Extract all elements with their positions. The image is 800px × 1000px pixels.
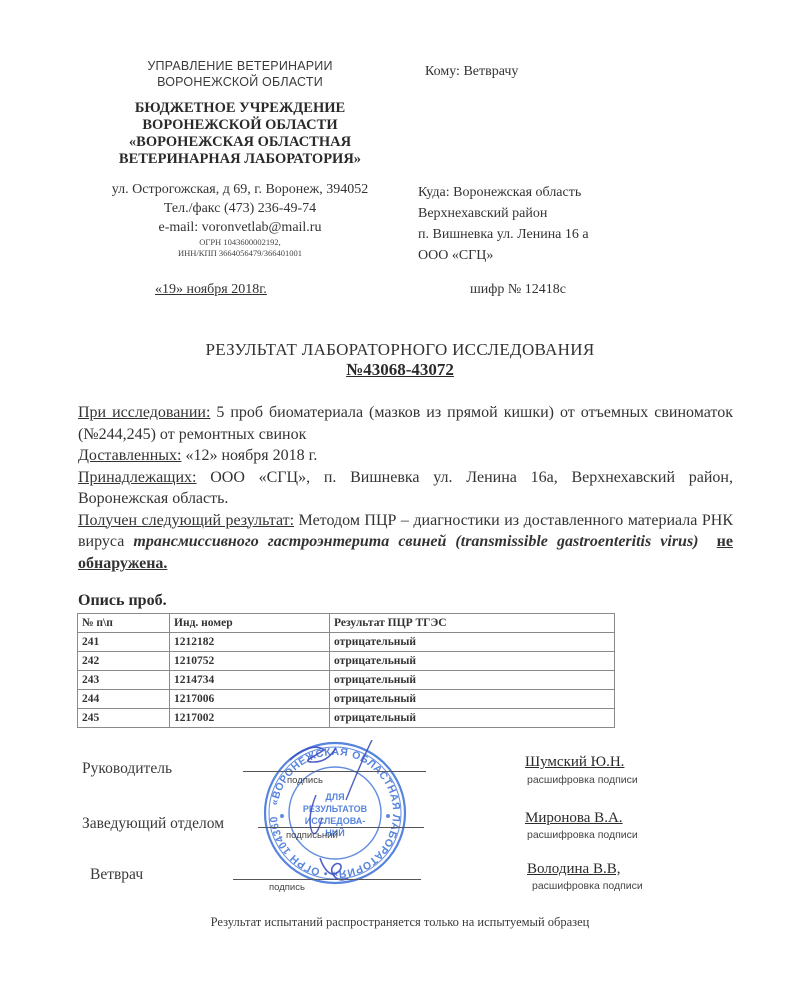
destination-line-1: Куда: Воронежская область [418,182,589,203]
institution-line-4: ВЕТЕРИНАРНАЯ ЛАБОРАТОРИЯ» [70,151,410,168]
cell-result: отрицательный [330,690,615,709]
official-stamp: «ВОРОНЕЖСКАЯ ОБЛАСТНАЯ ЛАБОРАТОРИЯ» • ОГ… [262,740,408,886]
stamp-seal-icon: «ВОРОНЕЖСКАЯ ОБЛАСТНАЯ ЛАБОРАТОРИЯ» • ОГ… [262,740,408,886]
signature-line [258,827,424,828]
table-row: 241 1212182 отрицательный [78,633,615,652]
signer-role-vet: Ветврач [90,866,143,884]
samples-heading: Опись проб. [78,592,167,610]
samples-table: № п\п Инд. номер Результат ПЦР ТГЭС 241 … [77,613,615,728]
cell-result: отрицательный [330,671,615,690]
cell-id: 1210752 [170,652,330,671]
signature-decode-caption: расшифровка подписи [527,829,638,841]
virus-name: трансмиссивного гастроэнтерита свиней (t… [133,533,698,550]
signature-decode-caption: расшифровка подписи [532,880,643,892]
cell-number: 243 [78,671,170,690]
cell-result: отрицательный [330,652,615,671]
cell-id: 1214734 [170,671,330,690]
signer-name-department-head: Миронова В.А. [525,810,623,827]
study-paragraph: При исследовании: 5 проб биоматериала (м… [78,402,733,445]
signer-role-department-head: Заведующий отделом [82,815,224,833]
delivered-text: «12» ноября 2018 г. [181,447,317,464]
org-address: ул. Острогожская, д 69, г. Воронеж, 3940… [70,180,410,199]
spacer [699,533,717,550]
cipher-number: шифр № 12418с [470,282,566,298]
svg-text:ИССЛЕДОВА-: ИССЛЕДОВА- [305,816,366,826]
institution-line-1: БЮДЖЕТНОЕ УЧРЕЖДЕНИЕ [70,100,410,117]
owner-label: Принадлежащих: [78,469,197,486]
signature-line [233,879,421,880]
destination-line-3: п. Вишневка ул. Ленина 16 а [418,224,589,245]
cell-id: 1212182 [170,633,330,652]
organization-header: УПРАВЛЕНИЕ ВЕТЕРИНАРИИ ВОРОНЕЖСКОЙ ОБЛАС… [70,58,410,168]
cell-number: 244 [78,690,170,709]
signature-line [243,771,426,772]
signature-caption: подпись [287,775,323,786]
signer-name-vet: Володина В.В, [527,861,620,878]
footer-disclaimer: Результат испытаний распространяется тол… [155,915,645,930]
org-ogrn: ОГРН 1043600002192, [70,237,410,248]
table-row: 243 1214734 отрицательный [78,671,615,690]
cell-result: отрицательный [330,709,615,728]
org-phone: Тел./факс (473) 236-49-74 [70,199,410,218]
cell-id: 1217006 [170,690,330,709]
signature-caption: подписьний [286,830,338,841]
destination-address: Куда: Воронежская область Верхнехавский … [418,182,589,266]
destination-line-2: Верхнехавский район [418,203,589,224]
institution-line-2: ВОРОНЕЖСКОЙ ОБЛАСТИ [70,117,410,134]
table-row: 242 1210752 отрицательный [78,652,615,671]
study-label: При исследовании: [78,404,210,421]
institution-line-3: «ВОРОНЕЖСКАЯ ОБЛАСТНАЯ [70,134,410,151]
table-row: 245 1217002 отрицательный [78,709,615,728]
cell-number: 242 [78,652,170,671]
owner-paragraph: Принадлежащих: ООО «СГЦ», п. Вишневка ул… [78,467,733,510]
signature-decode-caption: расшифровка подписи [527,774,638,786]
org-email: e-mail: voronvetlab@mail.ru [70,218,410,237]
org-inn-kpp: ИНН/КПП 3664056479/366401001 [70,248,410,259]
table-header-row: № п\п Инд. номер Результат ПЦР ТГЭС [78,614,615,633]
authority-line-2: ВОРОНЕЖСКОЙ ОБЛАСТИ [70,74,410,90]
contact-info: ул. Острогожская, д 69, г. Воронеж, 3940… [70,180,410,259]
cell-id: 1217002 [170,709,330,728]
cell-number: 245 [78,709,170,728]
document-date: «19» ноября 2018г. [155,282,267,298]
delivered-paragraph: Доставленных: «12» ноября 2018 г. [78,445,733,467]
institution-name: БЮДЖЕТНОЕ УЧРЕЖДЕНИЕ ВОРОНЕЖСКОЙ ОБЛАСТИ… [70,100,410,168]
table-row: 244 1217006 отрицательный [78,690,615,709]
column-header-number: № п\п [78,614,170,633]
delivered-label: Доставленных: [78,447,181,464]
svg-text:ДЛЯ: ДЛЯ [325,792,344,802]
signer-name-head: Шумский Ю.Н. [525,754,624,771]
recipient: Кому: Ветврачу [425,64,518,80]
signature-caption: подпись [269,882,305,893]
cell-result: отрицательный [330,633,615,652]
cell-number: 241 [78,633,170,652]
destination-line-4: ООО «СГЦ» [418,245,589,266]
signer-role-head: Руководитель [82,760,172,778]
result-label: Получен следующий результат: [78,512,294,529]
result-body: При исследовании: 5 проб биоматериала (м… [78,402,733,574]
authority-line-1: УПРАВЛЕНИЕ ВЕТЕРИНАРИИ [70,58,410,74]
result-number: №43068-43072 [346,360,454,379]
document-title: РЕЗУЛЬТАТ ЛАБОРАТОРНОГО ИССЛЕДОВАНИЯ №43… [120,340,680,380]
result-paragraph: Получен следующий результат: Методом ПЦР… [78,510,733,575]
title-main: РЕЗУЛЬТАТ ЛАБОРАТОРНОГО ИССЛЕДОВАНИЯ [120,340,680,360]
column-header-result: Результат ПЦР ТГЭС [330,614,615,633]
column-header-id: Инд. номер [170,614,330,633]
